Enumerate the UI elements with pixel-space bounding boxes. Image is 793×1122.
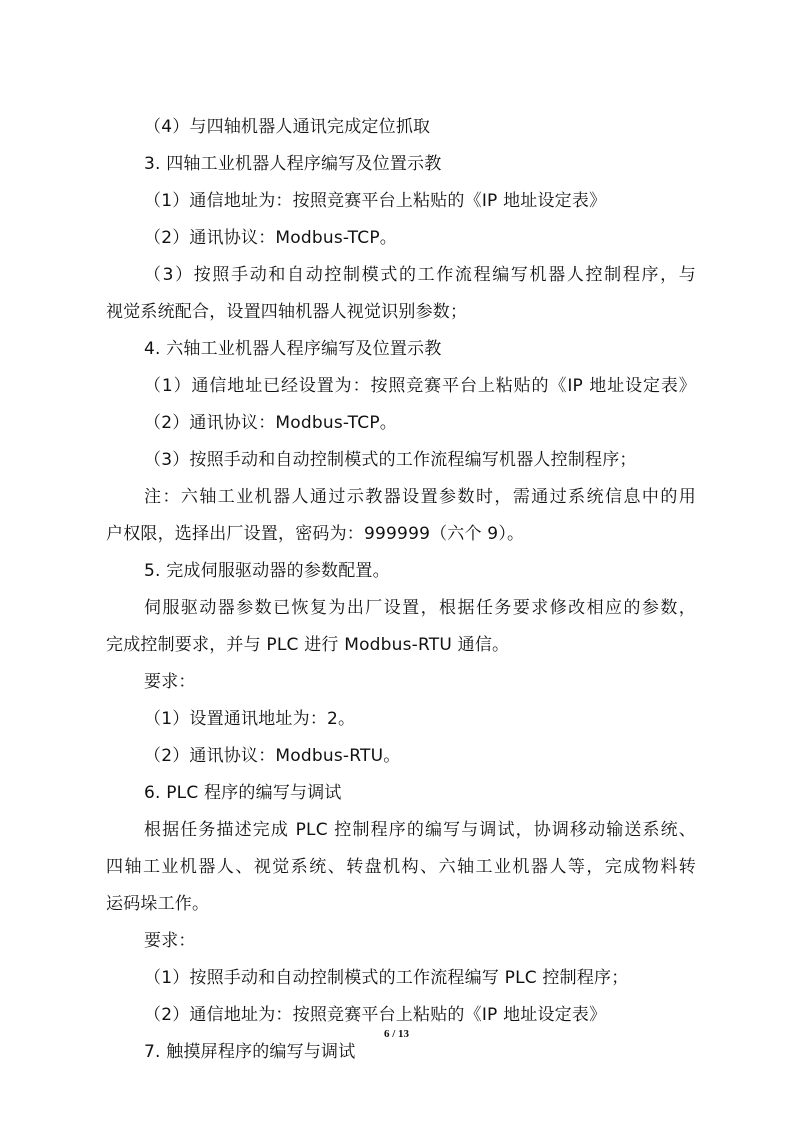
section-heading-6: 6. PLC 程序的编写与调试: [106, 775, 696, 812]
paragraph-continuation: 四轴工业机器人、视觉系统、转盘机构、六轴工业机器人等，完成物料转: [106, 849, 696, 886]
section-heading-3: 3. 四轴工业机器人程序编写及位置示教: [106, 146, 696, 183]
paragraph-continuation: 户权限，选择出厂设置，密码为：999999（六个 9）。: [106, 516, 696, 553]
section-heading-5: 5. 完成伺服驱动器的参数配置。: [106, 553, 696, 590]
document-body: （4）与四轴机器人通讯完成定位抓取 3. 四轴工业机器人程序编写及位置示教 （1…: [106, 109, 696, 1071]
list-item-4-communicate-four-axis: （4）与四轴机器人通讯完成定位抓取: [106, 109, 696, 146]
list-item-1-plc-program: （1）按照手动和自动控制模式的工作流程编写 PLC 控制程序；: [106, 960, 696, 997]
list-item-3-control-program: （3）按照手动和自动控制模式的工作流程编写机器人控制程序，与: [106, 257, 696, 294]
note-paragraph: 注：六轴工业机器人通过示教器设置参数时，需通过系统信息中的用: [106, 479, 696, 516]
paragraph-continuation: 运码垛工作。: [106, 886, 696, 923]
list-item-2-protocol-rtu: （2）通讯协议：Modbus-RTU。: [106, 738, 696, 775]
body-paragraph: 根据任务描述完成 PLC 控制程序的编写与调试，协调移动输送系统、: [106, 812, 696, 849]
requirements-label: 要求：: [106, 923, 696, 960]
paragraph-continuation: 视觉系统配合，设置四轴机器人视觉识别参数；: [106, 294, 696, 331]
section-heading-4: 4. 六轴工业机器人程序编写及位置示教: [106, 331, 696, 368]
page-number: 6 / 13: [0, 1028, 793, 1040]
list-item-2-protocol-tcp: （2）通讯协议：Modbus-TCP。: [106, 220, 696, 257]
document-page: （4）与四轴机器人通讯完成定位抓取 3. 四轴工业机器人程序编写及位置示教 （1…: [0, 0, 793, 1122]
list-item-3-control-program: （3）按照手动和自动控制模式的工作流程编写机器人控制程序；: [106, 442, 696, 479]
paragraph-continuation: 完成控制要求，并与 PLC 进行 Modbus-RTU 通信。: [106, 627, 696, 664]
list-item-1-ip-address: （1）通信地址已经设置为：按照竞赛平台上粘贴的《IP 地址设定表》: [106, 368, 696, 405]
list-item-1-ip-address: （1）通信地址为：按照竞赛平台上粘贴的《IP 地址设定表》: [106, 183, 696, 220]
list-item-2-protocol-tcp: （2）通讯协议：Modbus-TCP。: [106, 405, 696, 442]
body-paragraph: 伺服驱动器参数已恢复为出厂设置，根据任务要求修改相应的参数，: [106, 590, 696, 627]
requirements-label: 要求：: [106, 664, 696, 701]
list-item-1-address: （1）设置通讯地址为：2。: [106, 701, 696, 738]
